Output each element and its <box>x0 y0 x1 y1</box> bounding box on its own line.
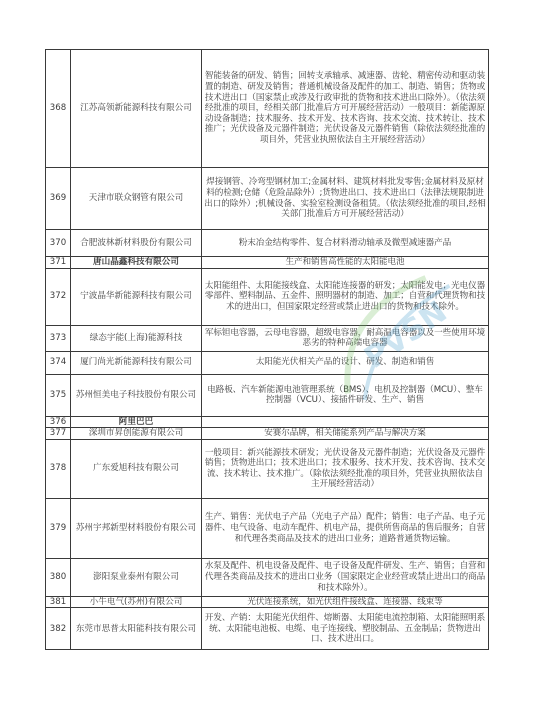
table-row: 371 唐山晶鑫科技有限公司 生产和销售高性能的太阳能电池 <box>46 257 489 269</box>
row-number: 382 <box>46 608 71 650</box>
business-scope: 开发、产销：太阳能光伏组件、熔断器、太阳能电流控制箱、太阳能照明系统、太阳能电池… <box>202 608 489 650</box>
company-name: 绿态宇能(上海)能源科技 <box>71 325 202 351</box>
table-row: 370 合肥波林新材料股份有限公司 粉末冶金结构零件、复合材料滑动轴承及微型减速… <box>46 230 489 257</box>
business-scope: 太阳能组件、太阳能接线盒、太阳能连接器的研发；太阳能发电；光电仪器零部件、塑料制… <box>202 268 489 325</box>
table-row: 378 广东爱旭科技有限公司 一般项目：新兴能源技术研发；光伏设备及元器件制造；… <box>46 439 489 498</box>
row-number: 380 <box>46 558 71 596</box>
table-body: 368 江苏高领新能源科技有限公司 智能装备的研发、销售；回转支承轴承、减速器、… <box>46 50 489 650</box>
row-number: 374 <box>46 351 71 374</box>
business-scope: 生产和销售高性能的太阳能电池 <box>202 257 489 269</box>
row-number: 377 <box>46 428 71 440</box>
table-row: 377 深圳市昇创能源有限公司 安赛尔品牌，相关储能系列产品与解决方案 <box>46 428 489 440</box>
company-name: 厦门尚光新能源科技有限公司 <box>71 351 202 374</box>
company-name: 苏州恒美电子科技股份有限公司 <box>71 374 202 416</box>
row-number: 371 <box>46 257 71 269</box>
business-scope: 安赛尔品牌，相关储能系列产品与解决方案 <box>202 428 489 440</box>
company-name: 深圳市昇创能源有限公司 <box>71 428 202 440</box>
company-name: 澎阳泵业泰州有限公司 <box>71 558 202 596</box>
company-list-table: 368 江苏高领新能源科技有限公司 智能装备的研发、销售；回转支承轴承、减速器、… <box>45 49 489 650</box>
table-row: 369 天津市联众钢管有限公司 焊接钢管、冷弯型钢材加工;金属材料、建筑材料批发… <box>46 168 489 230</box>
row-number: 378 <box>46 439 71 498</box>
table-row: 380 澎阳泵业泰州有限公司 水泵及配件、机电设备及配件、电子设备及配件研发、生… <box>46 558 489 596</box>
company-name: 天津市联众钢管有限公司 <box>71 168 202 230</box>
row-number: 372 <box>46 268 71 325</box>
business-scope: 生产、销售：光伏电子产品（光电子产品）配件；销售：电子产品、电子元器件、电气设备… <box>202 498 489 558</box>
company-name: 合肥波林新材料股份有限公司 <box>71 230 202 257</box>
row-number: 376 <box>46 416 71 428</box>
table-row: 368 江苏高领新能源科技有限公司 智能装备的研发、销售；回转支承轴承、减速器、… <box>46 50 489 168</box>
company-name: 苏州宇邦新型材料股份有限公司 <box>71 498 202 558</box>
company-name: 宁波晶华新能源科技有限公司 <box>71 268 202 325</box>
document-page: 368 江苏高领新能源科技有限公司 智能装备的研发、销售；回转支承轴承、减速器、… <box>0 0 551 712</box>
row-number: 369 <box>46 168 71 230</box>
table-row: 376 阿里巴巴 <box>46 416 489 428</box>
business-scope: 智能装备的研发、销售；回转支承轴承、减速器、齿轮、精密传动和驱动装置的制造、研发… <box>202 50 489 168</box>
row-number: 368 <box>46 50 71 168</box>
business-scope: 水泵及配件、机电设备及配件、电子设备及配件研发、生产、销售；自营和代理各类商品及… <box>202 558 489 596</box>
business-scope: 军标钽电容器，云母电容器，超级电容器，耐高温电容器以及一些使用环境恶劣的特种高端… <box>202 325 489 351</box>
company-name: 小牛电气(苏州)有限公司 <box>71 596 202 608</box>
row-number: 379 <box>46 498 71 558</box>
table-row: 379 苏州宇邦新型材料股份有限公司 生产、销售：光伏电子产品（光电子产品）配件… <box>46 498 489 558</box>
company-name: 阿里巴巴 <box>71 416 202 428</box>
table-row: 372 宁波晶华新能源科技有限公司 太阳能组件、太阳能接线盒、太阳能连接器的研发… <box>46 268 489 325</box>
row-number: 370 <box>46 230 71 257</box>
company-name: 江苏高领新能源科技有限公司 <box>71 50 202 168</box>
row-number: 375 <box>46 374 71 416</box>
business-scope: 焊接钢管、冷弯型钢材加工;金属材料、建筑材料批发零售;金属材料及原材料的检测;仓… <box>202 168 489 230</box>
row-number: 373 <box>46 325 71 351</box>
company-name: 东莞市思普太阳能科技有限公司 <box>71 608 202 650</box>
table-row: 374 厦门尚光新能源科技有限公司 太阳能光伏相关产品的设计、研发、制造和销售 <box>46 351 489 374</box>
business-scope: 光伏连接系统，如光伏组件接线盒、连接器、线束等 <box>202 596 489 608</box>
business-scope: 电路板、汽车新能源电池管理系统（BMS）、电机及控制器（MCU）、整车控制器（V… <box>202 374 489 416</box>
business-scope: 一般项目：新兴能源技术研发；光伏设备及元器件制造；光伏设备及元器件销售；货物进出… <box>202 439 489 498</box>
table-row: 382 东莞市思普太阳能科技有限公司 开发、产销：太阳能光伏组件、熔断器、太阳能… <box>46 608 489 650</box>
row-number: 381 <box>46 596 71 608</box>
company-name: 广东爱旭科技有限公司 <box>71 439 202 498</box>
company-name: 唐山晶鑫科技有限公司 <box>71 257 202 269</box>
table-row: 373 绿态宇能(上海)能源科技 军标钽电容器，云母电容器，超级电容器，耐高温电… <box>46 325 489 351</box>
business-scope: 粉末冶金结构零件、复合材料滑动轴承及微型减速器产品 <box>202 230 489 257</box>
table-row: 381 小牛电气(苏州)有限公司 光伏连接系统，如光伏组件接线盒、连接器、线束等 <box>46 596 489 608</box>
business-scope: 太阳能光伏相关产品的设计、研发、制造和销售 <box>202 351 489 374</box>
table-row: 375 苏州恒美电子科技股份有限公司 电路板、汽车新能源电池管理系统（BMS）、… <box>46 374 489 416</box>
business-scope <box>202 416 489 428</box>
